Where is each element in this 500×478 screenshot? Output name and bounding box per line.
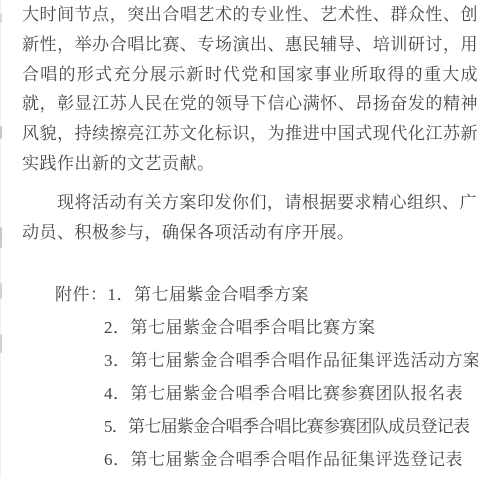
body-text-line: 风貌，持续擦亮江苏文化标识，为推进中国式现代化江苏新 [22, 119, 478, 149]
attachment-row: 5．第七届紫金合唱季合唱比赛参赛团队成员登记表 [22, 410, 478, 443]
attachment-item: 4．第七届紫金合唱季合唱比赛参赛团队报名表 [104, 384, 463, 403]
body-text-line: 合唱的形式充分展示新时代党和国家事业所取得的重大成 [22, 60, 478, 90]
attachments-label: 附件： [55, 285, 108, 304]
body-text-line: 新性，举办合唱比赛、专场演出、惠民辅导、培训研讨，用 [22, 30, 478, 60]
body-text-line: 动员、积极参与，确保各项活动有序开展。 [22, 218, 478, 248]
attachment-row: 附件：1．第七届紫金合唱季方案 [22, 278, 478, 311]
attachment-item: 1．第七届紫金合唱季方案 [108, 285, 310, 304]
body-paragraph-2: 现将活动有关方案印发你们，请根据要求精心组织、广泛 动员、积极参与，确保各项活动… [22, 188, 478, 248]
body-paragraph-1: 大时间节点，突出合唱艺术的专业性、艺术性、群众性、创 新性，举办合唱比赛、专场演… [22, 0, 478, 179]
attachment-item: 5．第七届紫金合唱季合唱比赛参赛团队成员登记表 [104, 417, 469, 436]
attachment-row: 6．第七届紫金合唱季合唱作品征集评选登记表 [22, 443, 478, 476]
scan-artifact [0, 334, 2, 353]
attachment-row: 2．第七届紫金合唱季合唱比赛方案 [22, 311, 478, 344]
attachment-row: 4．第七届紫金合唱季合唱比赛参赛团队报名表 [22, 377, 478, 410]
attachments-list: 附件：1．第七届紫金合唱季方案 2．第七届紫金合唱季合唱比赛方案 3．第七届紫金… [22, 278, 478, 476]
body-text-line: 现将活动有关方案印发你们，请根据要求精心组织、广泛 [22, 188, 478, 218]
scan-artifact [0, 126, 2, 139]
body-text-line: 就，彰显江苏人民在党的领导下信心满怀、昂扬奋发的精神 [22, 89, 478, 119]
scan-artifact [0, 227, 2, 248]
document-page: 大时间节点，突出合唱艺术的专业性、艺术性、群众性、创 新性，举办合唱比赛、专场演… [0, 0, 500, 478]
attachment-row: 3．第七届紫金合唱季合唱作品征集评选活动方案 [22, 344, 478, 377]
body-text-line: 大时间节点，突出合唱艺术的专业性、艺术性、群众性、创 [22, 0, 478, 30]
attachment-item: 6．第七届紫金合唱季合唱作品征集评选登记表 [104, 450, 463, 469]
attachment-item: 3．第七届紫金合唱季合唱作品征集评选活动方案 [104, 351, 478, 370]
scan-artifact [0, 13, 2, 23]
scan-artifact [0, 283, 2, 299]
attachment-item: 2．第七届紫金合唱季合唱比赛方案 [104, 318, 376, 337]
body-text-line: 实践作出新的文艺贡献。 [22, 149, 478, 179]
